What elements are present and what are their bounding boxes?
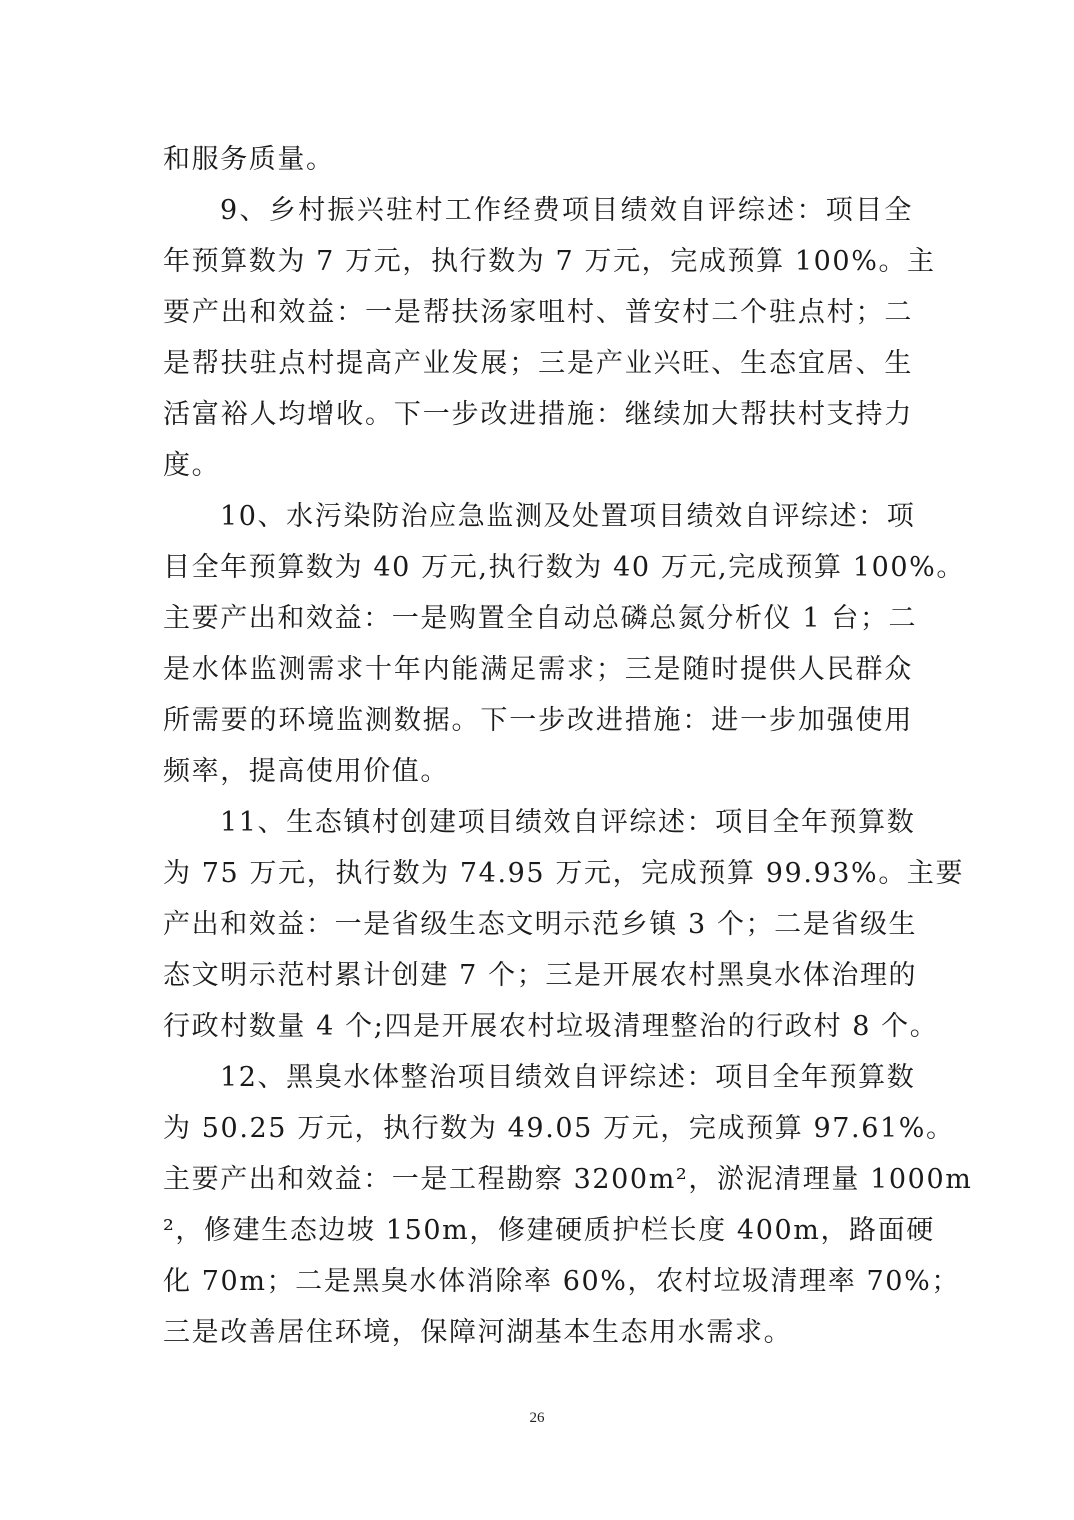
- text-line: 活富裕人均增收。下一步改进措施：继续加大帮扶村支持力: [163, 398, 913, 432]
- text-line: 主要产出和效益：一是购置全自动总磷总氮分析仪 1 台；二: [163, 602, 913, 636]
- text-line: 要产出和效益：一是帮扶汤家咀村、普安村二个驻点村；二: [163, 296, 913, 330]
- text-line: 度。: [163, 449, 913, 483]
- text-line: 行政村数量 4 个;四是开展农村垃圾清理整治的行政村 8 个。: [163, 1010, 913, 1044]
- text-line: 为 75 万元，执行数为 74.95 万元，完成预算 99.93%。主要: [163, 857, 913, 891]
- text-line: 态文明示范村累计创建 7 个；三是开展农村黑臭水体治理的: [163, 959, 913, 993]
- text-line: 11、生态镇村创建项目绩效自评综述：项目全年预算数: [220, 806, 913, 840]
- text-line: 是帮扶驻点村提高产业发展；三是产业兴旺、生态宜居、生: [163, 347, 913, 381]
- text-line: 所需要的环境监测数据。下一步改进措施：进一步加强使用: [163, 704, 913, 738]
- text-line: 化 70m；二是黑臭水体消除率 60%，农村垃圾清理率 70%；: [163, 1265, 913, 1299]
- text-line: 产出和效益：一是省级生态文明示范乡镇 3 个；二是省级生: [163, 908, 913, 942]
- text-line: 频率，提高使用价值。: [163, 755, 913, 789]
- text-line: 是水体监测需求十年内能满足需求；三是随时提供人民群众: [163, 653, 913, 687]
- text-line: 10、水污染防治应急监测及处置项目绩效自评综述：项: [220, 500, 913, 534]
- text-line: 目全年预算数为 40 万元,执行数为 40 万元,完成预算 100%。: [163, 551, 913, 585]
- text-line: 为 50.25 万元，执行数为 49.05 万元，完成预算 97.61%。: [163, 1112, 913, 1146]
- text-line: 和服务质量。: [163, 143, 913, 177]
- text-line: 9、乡村振兴驻村工作经费项目绩效自评综述：项目全: [220, 194, 913, 228]
- text-line: ²，修建生态边坡 150m，修建硬质护栏长度 400m，路面硬: [163, 1214, 913, 1248]
- text-line: 12、黑臭水体整治项目绩效自评综述：项目全年预算数: [220, 1061, 913, 1095]
- text-line: 年预算数为 7 万元，执行数为 7 万元，完成预算 100%。主: [163, 245, 913, 279]
- text-line: 三是改善居住环境，保障河湖基本生态用水需求。: [163, 1316, 913, 1350]
- text-line: 主要产出和效益：一是工程勘察 3200m²，淤泥清理量 1000m: [163, 1163, 913, 1197]
- document-page: 和服务质量。9、乡村振兴驻村工作经费项目绩效自评综述：项目全年预算数为 7 万元…: [0, 0, 1074, 1520]
- page-number: 26: [0, 1410, 1074, 1427]
